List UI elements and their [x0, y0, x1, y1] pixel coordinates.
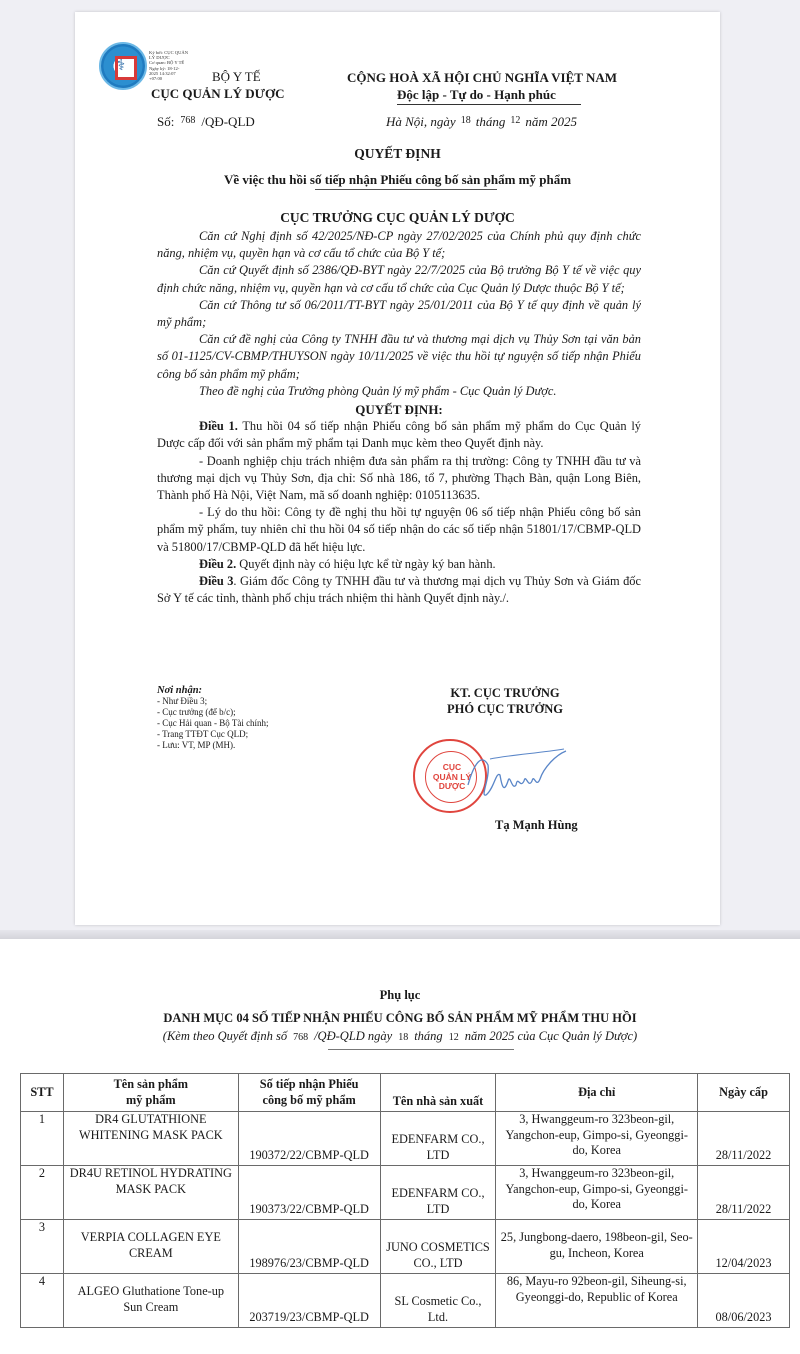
table-cell-issue-date: 08/06/2023: [698, 1274, 790, 1328]
nation-name: CỘNG HOÀ XÃ HỘI CHỦ NGHĨA VIỆT NAM: [347, 70, 617, 86]
ref-prefix: (Kèm theo Quyết định số: [163, 1029, 287, 1043]
decision-heading: QUYẾT ĐỊNH:: [157, 401, 641, 418]
agency-name: CỤC QUẢN LÝ DƯỢC: [151, 86, 285, 102]
col-header-manufacturer: Tên nhà sản xuất: [380, 1074, 496, 1112]
table-cell-product-name: DR4U RETINOL HYDRATING MASK PACK: [63, 1166, 238, 1220]
article-3: Điều 3. Giám đốc Công ty TNHH đầu tư và …: [157, 573, 641, 607]
col-header-product-name: Tên sản phẩm mỹ phẩm: [63, 1074, 238, 1112]
issuer-title: CỤC TRƯỞNG CỤC QUẢN LÝ DƯỢC: [75, 210, 720, 226]
table-cell-address: 3, Hwanggeum-ro 323beon-gil, Yangchon-eu…: [496, 1166, 698, 1220]
legal-basis: Căn cứ Nghị định số 42/2025/NĐ-CP ngày 2…: [157, 228, 641, 262]
table-cell-manufacturer: JUNO COSMETICS CO., LTD: [380, 1220, 496, 1274]
col-header-stt: STT: [21, 1074, 64, 1112]
legal-basis: Căn cứ đề nghị của Công ty TNHH đầu tư v…: [157, 331, 641, 383]
article-2: Điều 2. Quyết định này có hiệu lực kể từ…: [157, 556, 641, 573]
subtitle-underline: [315, 189, 497, 190]
table-row: 2DR4U RETINOL HYDRATING MASK PACK190373/…: [21, 1166, 790, 1220]
signature-title-block: KT. CỤC TRƯỞNG PHÓ CỤC TRƯỞNG: [405, 685, 605, 717]
table-header-row: STT Tên sản phẩm mỹ phẩm Số tiếp nhận Ph…: [21, 1074, 790, 1112]
legal-basis: Căn cứ Thông tư số 06/2011/TT-BYT ngày 2…: [157, 297, 641, 331]
recipients-heading: Nơi nhận:: [157, 685, 269, 696]
ref-suffix: năm 2025 của Cục Quản lý Dược): [465, 1029, 638, 1043]
document-subtitle: Về việc thu hồi số tiếp nhận Phiếu công …: [75, 172, 720, 188]
recipients-list: Nơi nhận: - Như Điều 3; - Cục trưởng (để…: [157, 685, 269, 751]
ministry-emblem-icon: [99, 42, 147, 90]
handwritten-signature-icon: [460, 745, 570, 805]
table-cell-address: 86, Mayu-ro 92beon-gil, Siheung-si, Gyeo…: [496, 1274, 698, 1328]
table-cell-address: 3, Hwanggeum-ro 323beon-gil, Yangchon-eu…: [496, 1112, 698, 1166]
ref-number: 768: [293, 1032, 308, 1043]
table-cell-receipt-number: 198976/23/CBMP-QLD: [238, 1220, 380, 1274]
article-1: Điều 1. Thu hồi 04 số tiếp nhận Phiếu cô…: [157, 418, 641, 452]
table-cell-manufacturer: EDENFARM CO., LTD: [380, 1166, 496, 1220]
ref-day: 18: [398, 1032, 408, 1043]
table-cell-stt: 1: [21, 1112, 64, 1166]
page-separator: [0, 930, 800, 939]
table-cell-stt: 2: [21, 1166, 64, 1220]
table-cell-manufacturer: SL Cosmetic Co., Ltd.: [380, 1274, 496, 1328]
ref-month: 12: [449, 1032, 459, 1043]
table-cell-issue-date: 28/11/2022: [698, 1112, 790, 1166]
legal-basis: Căn cứ Quyết định số 2386/QĐ-BYT ngày 22…: [157, 262, 641, 296]
decision-page: Ký bởi: CỤC QUẢN LÝ DƯỢC Cơ quan: BỘ Y T…: [75, 12, 720, 925]
recipient-item: - Cục trưởng (để b/c);: [157, 707, 269, 718]
table-cell-product-name: ALGEO Gluthatione Tone-up Sun Cream: [63, 1274, 238, 1328]
table-cell-address: 25, Jungbong-daero, 198beon-gil, Seo-gu,…: [496, 1220, 698, 1274]
motto-underline: [397, 104, 581, 105]
document-body: Căn cứ Nghị định số 42/2025/NĐ-CP ngày 2…: [157, 228, 641, 607]
table-cell-stt: 4: [21, 1274, 64, 1328]
date-place: Hà Nội, ngày: [386, 114, 456, 129]
ministry-name: BỘ Y TẾ: [212, 69, 261, 85]
table-cell-stt: 3: [21, 1220, 64, 1274]
appendix-title: Phụ lục: [0, 988, 800, 1003]
appendix-reference: (Kèm theo Quyết định số768/QĐ-QLD ngày18…: [0, 1029, 800, 1044]
article-3-label: Điều 3: [199, 574, 233, 588]
table-cell-issue-date: 28/11/2022: [698, 1166, 790, 1220]
document-title: QUYẾT ĐỊNH: [75, 146, 720, 162]
table-cell-issue-date: 12/04/2023: [698, 1220, 790, 1274]
ref-mid: /QĐ-QLD ngày: [314, 1029, 392, 1043]
recipient-item: - Cục Hải quan - Bộ Tài chính;: [157, 718, 269, 729]
article-2-label: Điều 2.: [199, 557, 236, 571]
article-1-enterprise: - Doanh nghiệp chịu trách nhiệm đưa sản …: [157, 453, 641, 505]
document-number: Số:768/QĐ-QLD: [157, 114, 255, 130]
table-row: 3VERPIA COLLAGEN EYE CREAM198976/23/CBMP…: [21, 1220, 790, 1274]
national-motto: Độc lập - Tự do - Hạnh phúc: [397, 87, 556, 103]
doc-number-suffix: /QĐ-QLD: [201, 114, 254, 129]
col-header-address: Địa chỉ: [496, 1074, 698, 1112]
appendix-reference-underline: [328, 1049, 514, 1050]
article-1-reason: - Lý do thu hồi: Công ty đề nghị thu hồi…: [157, 504, 641, 556]
signer-position: PHÓ CỤC TRƯỞNG: [405, 701, 605, 717]
date-month: 12: [510, 115, 520, 126]
table-cell-product-name: VERPIA COLLAGEN EYE CREAM: [63, 1220, 238, 1274]
issue-date: Hà Nội, ngày18tháng12năm 2025: [386, 114, 577, 130]
legal-basis: Theo đề nghị của Trưởng phòng Quản lý mỹ…: [157, 383, 641, 400]
recipient-item: - Trang TTĐT Cục QLD;: [157, 729, 269, 740]
col-header-issue-date: Ngày cấp: [698, 1074, 790, 1112]
table-cell-receipt-number: 203719/23/CBMP-QLD: [238, 1274, 380, 1328]
date-day: 18: [461, 115, 471, 126]
digital-signature-metadata: Ký bởi: CỤC QUẢN LÝ DƯỢC Cơ quan: BỘ Y T…: [149, 50, 188, 81]
table-cell-manufacturer: EDENFARM CO., LTD: [380, 1112, 496, 1166]
signer-authority: KT. CỤC TRƯỞNG: [405, 685, 605, 701]
revoked-products-table: STT Tên sản phẩm mỹ phẩm Số tiếp nhận Ph…: [20, 1073, 790, 1328]
article-2-text: Quyết định này có hiệu lực kể từ ngày ký…: [236, 557, 495, 571]
appendix-heading: DANH MỤC 04 SỐ TIẾP NHẬN PHIẾU CÔNG BỐ S…: [0, 1011, 800, 1026]
article-1-label: Điều 1.: [199, 419, 238, 433]
ref-month-label: tháng: [414, 1029, 442, 1043]
date-month-label: tháng: [476, 114, 506, 129]
doc-number-prefix: Số:: [157, 114, 174, 129]
date-year: năm 2025: [525, 114, 577, 129]
col-header-receipt-number: Số tiếp nhận Phiếu công bố mỹ phẩm: [238, 1074, 380, 1112]
table-cell-product-name: DR4 GLUTATHIONE WHITENING MASK PACK: [63, 1112, 238, 1166]
signer-name: Tạ Mạnh Hùng: [495, 818, 578, 833]
doc-number-value: 768: [180, 115, 195, 126]
table-row: 4ALGEO Gluthatione Tone-up Sun Cream2037…: [21, 1274, 790, 1328]
recipient-item: - Lưu: VT, MP (MH).: [157, 740, 269, 751]
table-row: 1DR4 GLUTATHIONE WHITENING MASK PACK1903…: [21, 1112, 790, 1166]
table-cell-receipt-number: 190373/22/CBMP-QLD: [238, 1166, 380, 1220]
table-cell-receipt-number: 190372/22/CBMP-QLD: [238, 1112, 380, 1166]
recipient-item: - Như Điều 3;: [157, 696, 269, 707]
